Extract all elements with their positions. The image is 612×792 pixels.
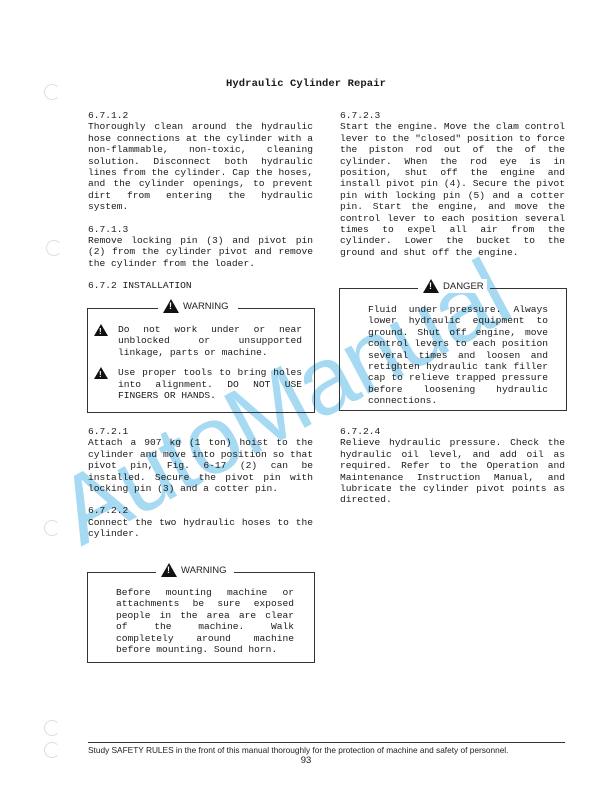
section-number: 6.7.2.1	[88, 426, 313, 437]
warning-label: WARNING	[160, 299, 232, 313]
footer-safety-note: Study SAFETY RULES in the front of this …	[88, 745, 568, 755]
section-6-7-1-3: 6.7.1.3 Remove locking pin (3) and pivot…	[88, 224, 313, 270]
section-text: Remove locking pin (3) and pivot pin (2)…	[88, 235, 313, 269]
section-6-7-2-2: 6.7.2.2 Connect the two hydraulic hoses …	[88, 505, 313, 539]
warning-label-text: WARNING	[181, 565, 227, 576]
footer-rule	[88, 742, 565, 743]
right-column-lower: 6.7.2.4 Relieve hydraulic pressure. Chec…	[340, 426, 565, 506]
danger-text: Fluid under pressure. Always lower hydra…	[368, 304, 548, 407]
danger-triangle-icon	[423, 279, 439, 293]
warning-item-text: Do not work under or near unblocked or u…	[118, 324, 302, 358]
warning-text: Before mounting machine or attachments b…	[116, 587, 294, 655]
warning-box: WARNING Do not work under or near unbloc…	[87, 308, 315, 413]
warning-triangle-icon	[161, 563, 177, 577]
section-number: 6.7.2.3	[340, 110, 565, 121]
danger-label-text: DANGER	[443, 281, 484, 292]
installation-heading: 6.7.2 INSTALLATION	[88, 280, 313, 291]
section-6-7-2-1: 6.7.2.1 Attach a 907 kg (1 ton) hoist to…	[88, 426, 313, 494]
section-number: 6.7.2.4	[340, 426, 565, 437]
left-column: 6.7.1.2 Thoroughly clean around the hydr…	[88, 110, 313, 292]
section-6-7-1-2: 6.7.1.2 Thoroughly clean around the hydr…	[88, 110, 313, 213]
right-column: 6.7.2.3 Start the engine. Move the clam …	[340, 110, 565, 258]
section-text: Start the engine. Move the clam control …	[340, 121, 565, 258]
section-text: Relieve hydraulic pressure. Check the hy…	[340, 437, 565, 505]
warning-item: Do not work under or near unblocked or u…	[94, 324, 302, 358]
danger-box: DANGER Fluid under pressure. Always lowe…	[339, 288, 567, 411]
section-6-7-2-3: 6.7.2.3 Start the engine. Move the clam …	[340, 110, 565, 258]
page-title: Hydraulic Cylinder Repair	[0, 78, 612, 90]
warning-label: WARNING	[158, 563, 230, 577]
section-text: Attach a 907 kg (1 ton) hoist to the cyl…	[88, 437, 313, 494]
section-text: Connect the two hydraulic hoses to the c…	[88, 517, 313, 540]
danger-label: DANGER	[420, 279, 487, 293]
hole-mark	[46, 240, 62, 256]
section-number: 6.7.1.3	[88, 224, 313, 235]
left-column-lower: 6.7.2.1 Attach a 907 kg (1 ton) hoist to…	[88, 426, 313, 540]
page-number: 93	[0, 755, 612, 766]
section-number: 6.7.1.2	[88, 110, 313, 121]
warning-item-text: Use proper tools to bring holes into ali…	[118, 367, 302, 401]
section-number: 6.7.2.2	[88, 505, 313, 516]
warning-label-text: WARNING	[183, 301, 229, 312]
warning-triangle-icon	[94, 324, 108, 336]
warning-triangle-icon	[94, 367, 108, 379]
warning-triangle-icon	[163, 299, 179, 313]
warning-item: Use proper tools to bring holes into ali…	[94, 367, 302, 401]
hole-mark	[44, 720, 60, 736]
section-text: Thoroughly clean around the hydraulic ho…	[88, 121, 313, 212]
section-6-7-2-4: 6.7.2.4 Relieve hydraulic pressure. Chec…	[340, 426, 565, 506]
warning-box: WARNING Before mounting machine or attac…	[87, 572, 315, 663]
hole-mark	[44, 520, 60, 536]
